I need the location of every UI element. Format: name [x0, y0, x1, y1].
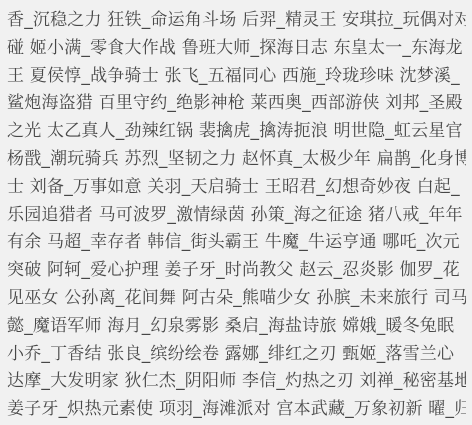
text-line: 有余 马超_幸存者 韩信_街头霸王 牛魔_牛运亨通 哪吒_次元 — [7, 229, 466, 257]
text-line: 姜子牙_炽热元素使 项羽_海滩派对 宫本武藏_万象初新 曜_归 — [7, 396, 466, 424]
text-line: 香_沉稳之力 狂铁_命运角斗场 后羿_精灵王 安琪拉_玩偶对对 — [7, 7, 466, 35]
text-line: 士 刘备_万事如意 关羽_天启骑士 王昭君_幻想奇妙夜 白起_ — [7, 174, 466, 202]
text-line: 小乔_丁香结 张良_缤纷绘卷 露娜_绯红之刃 甄姬_落雪兰心 — [7, 341, 466, 369]
text-line: 碰 姬小满_零食大作战 鲁班大师_探海日志 东皇太一_东海龙 — [7, 35, 466, 63]
text-line: 懿_魔语军师 海月_幻泉雾影 桑启_海盐诗旅 嫦娥_暖冬兔眠 — [7, 313, 466, 341]
hero-skin-list: 香_沉稳之力 狂铁_命运角斗场 后羿_精灵王 安琪拉_玩偶对对 碰 姬小满_零食… — [7, 7, 466, 424]
text-line: 王 夏侯惇_战争骑士 张飞_五福同心 西施_玲珑珍味 沈梦溪_ — [7, 63, 466, 91]
text-line: 鲨炮海盗猎 百里守约_绝影神枪 莱西奥_西部游侠 刘邦_圣殿 — [7, 90, 466, 118]
text-line: 达摩_大发明家 狄仁杰_阴阳师 李信_灼热之刃 刘禅_秘密基地 — [7, 368, 466, 396]
text-line: 之光 太乙真人_劲辣红锅 裴擒虎_擒涛扼浪 明世隐_虹云星官 — [7, 118, 466, 146]
text-line: 乐园追猎者 马可波罗_激情绿茵 孙策_海之征途 猪八戒_年年 — [7, 202, 466, 230]
text-page: 香_沉稳之力 狂铁_命运角斗场 后羿_精灵王 安琪拉_玩偶对对 碰 姬小满_零食… — [0, 0, 472, 425]
text-line: 突破 阿轲_爱心护理 姜子牙_时尚教父 赵云_忍炎影 伽罗_花 — [7, 257, 466, 285]
text-line: 杨戬_潮玩骑兵 苏烈_坚韧之力 赵怀真_太极少年 扁鹊_化身博 — [7, 146, 466, 174]
text-line: 见巫女 公孙离_花间舞 阿古朵_熊喵少女 孙膑_未来旅行 司马 — [7, 285, 466, 313]
